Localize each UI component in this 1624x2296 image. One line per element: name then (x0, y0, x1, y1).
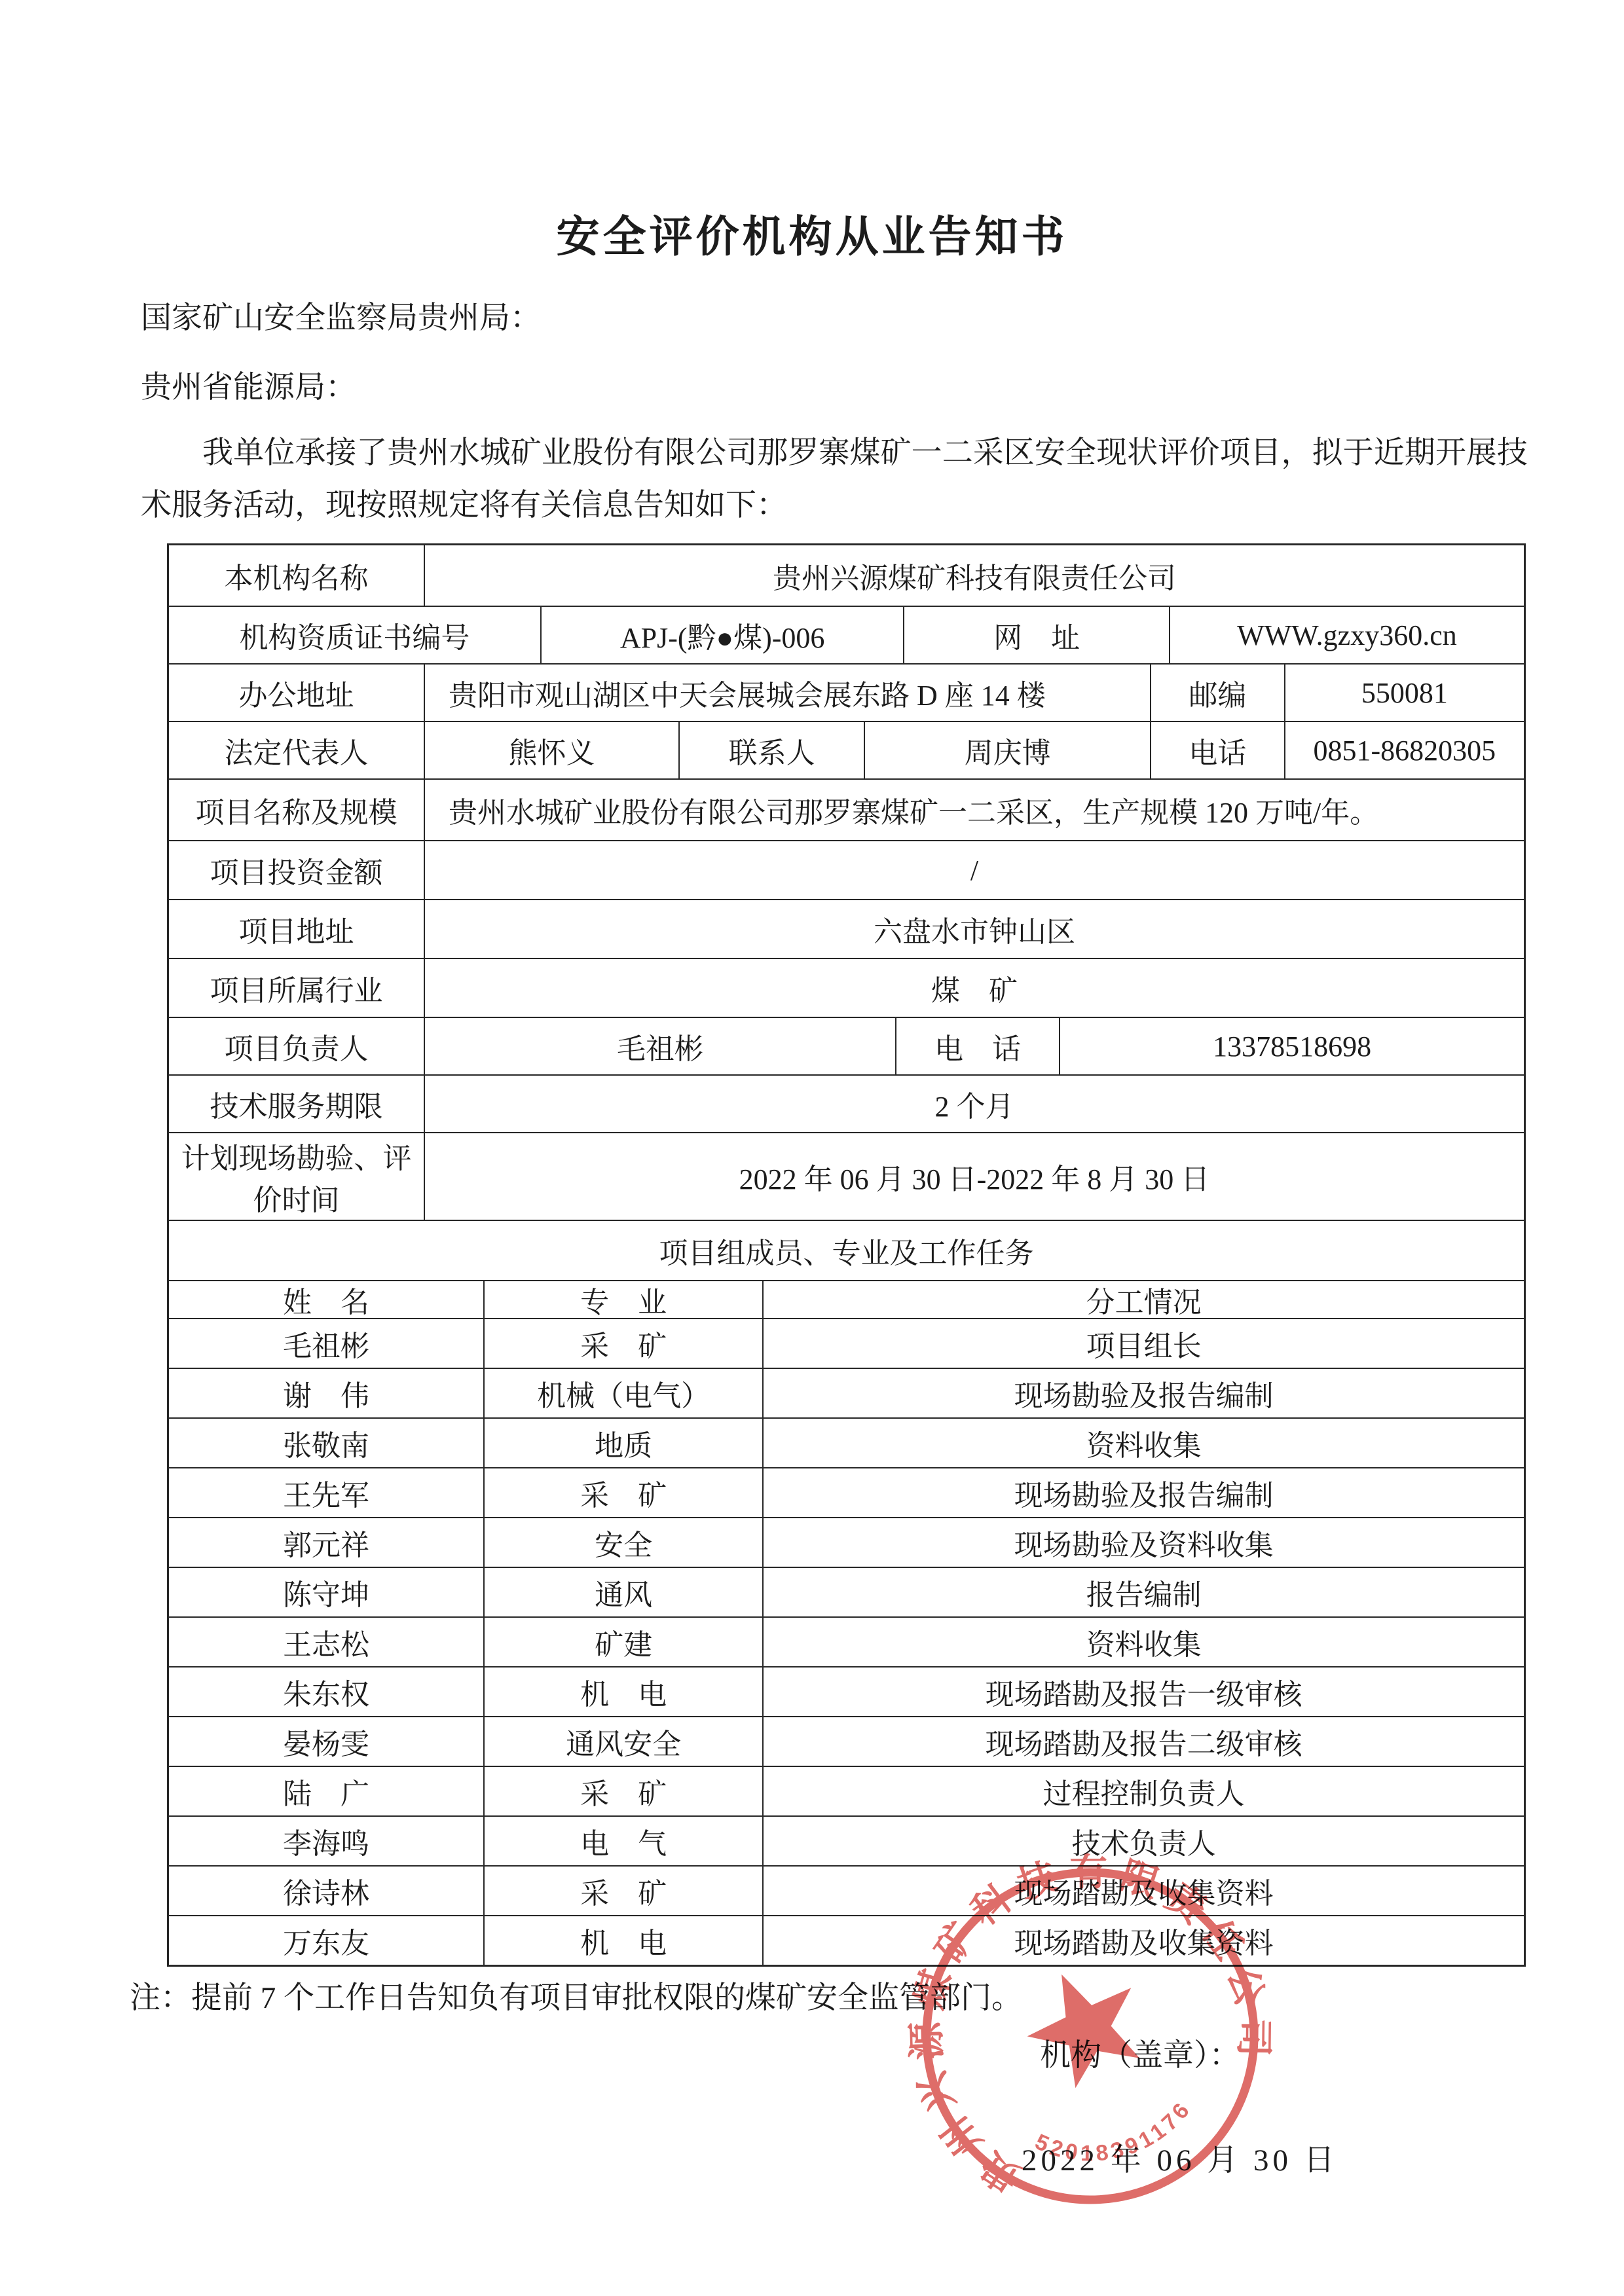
office-address-value: 贵阳市观山湖区中天会展城会展东路 D 座 14 楼 (424, 665, 1150, 721)
member-major: 地质 (483, 1419, 762, 1467)
member-name: 李海鸣 (169, 1817, 483, 1865)
member-duty: 现场勘验及报告编制 (762, 1369, 1524, 1417)
member-major: 采 矿 (483, 1468, 762, 1517)
company-seal-stamp-icon: 贵州兴源煤矿科技有限责任公司 52018391176 (907, 1853, 1274, 2219)
service-term-value: 2 个月 (424, 1076, 1524, 1132)
table-row: 计划现场勘验、评价时间 2022 年 06 月 30 日-2022 年 8 月 … (169, 1132, 1524, 1220)
project-address-value: 六盘水市钟山区 (424, 900, 1524, 958)
pm-label: 项目负责人 (169, 1018, 424, 1074)
member-row: 王志松 矿建 资料收集 (169, 1616, 1524, 1666)
member-duty: 过程控制负责人 (762, 1767, 1524, 1815)
schedule-value: 2022 年 06 月 30 日-2022 年 8 月 30 日 (424, 1133, 1524, 1220)
member-major: 机 电 (483, 1916, 762, 1965)
member-major: 电 气 (483, 1817, 762, 1865)
investment-value: / (424, 841, 1524, 899)
member-major: 安全 (483, 1518, 762, 1567)
member-duty: 资料收集 (762, 1618, 1524, 1666)
member-major: 矿建 (483, 1618, 762, 1666)
table-row: 项目所属行业 煤 矿 (169, 958, 1524, 1017)
agency-name-value: 贵州兴源煤矿科技有限责任公司 (424, 545, 1524, 606)
member-row: 毛祖彬 采 矿 项目组长 (169, 1318, 1524, 1368)
document-page: 安全评价机构从业告知书 国家矿山安全监察局贵州局： 贵州省能源局： 我单位承接了… (0, 0, 1624, 2296)
phone-value: 0851-86820305 (1284, 722, 1524, 778)
contact-label: 联系人 (678, 722, 864, 778)
website-value: WWW.gzxy360.cn (1169, 607, 1524, 663)
table-row: 技术服务期限 2 个月 (169, 1074, 1524, 1132)
member-name: 谢 伟 (169, 1369, 483, 1417)
col-header-major: 专 业 (483, 1281, 762, 1318)
member-row: 谢 伟 机械（电气） 现场勘验及报告编制 (169, 1368, 1524, 1417)
member-name: 郭元祥 (169, 1518, 483, 1567)
table-row: 法定代表人 熊怀义 联系人 周庆博 电话 0851-86820305 (169, 721, 1524, 778)
zip-label: 邮编 (1150, 665, 1284, 721)
table-row: 本机构名称 贵州兴源煤矿科技有限责任公司 (169, 545, 1524, 606)
col-header-name: 姓 名 (169, 1281, 483, 1318)
member-duty: 报告编制 (762, 1568, 1524, 1616)
member-duty: 项目组长 (762, 1319, 1524, 1368)
addressee-line-1: 国家矿山安全监察局贵州局： (141, 293, 541, 337)
member-duty: 现场勘验及报告编制 (762, 1468, 1524, 1517)
addressee-line-2: 贵州省能源局： (141, 363, 356, 407)
member-row: 郭元祥 安全 现场勘验及资料收集 (169, 1517, 1524, 1567)
member-name: 晏杨雯 (169, 1717, 483, 1766)
member-name: 毛祖彬 (169, 1319, 483, 1368)
contact-value: 周庆博 (864, 722, 1150, 778)
member-row: 张敬南 地质 资料收集 (169, 1417, 1524, 1467)
member-row: 晏杨雯 通风安全 现场踏勘及报告二级审核 (169, 1716, 1524, 1766)
table-row: 项目地址 六盘水市钟山区 (169, 899, 1524, 958)
member-row: 朱东权 机 电 现场踏勘及报告一级审核 (169, 1666, 1524, 1716)
member-major: 采 矿 (483, 1319, 762, 1368)
member-major: 机械（电气） (483, 1369, 762, 1417)
member-row: 陈守坤 通风 报告编制 (169, 1567, 1524, 1616)
industry-value: 煤 矿 (424, 959, 1524, 1017)
cert-value: APJ-(黔●煤)-006 (540, 607, 903, 663)
team-columns-header-row: 姓 名 专 业 分工情况 (169, 1280, 1524, 1318)
doc-title: 安全评价机构从业告知书 (0, 202, 1624, 264)
agency-name-label: 本机构名称 (169, 545, 424, 606)
footnote: 注：提前 7 个工作日告知负有项目审批权限的煤矿安全监管部门。 (130, 1973, 1022, 2017)
legal-rep-label: 法定代表人 (169, 722, 424, 778)
member-duty: 现场踏勘及报告一级审核 (762, 1667, 1524, 1716)
project-name-label: 项目名称及规模 (169, 780, 424, 840)
col-header-duty: 分工情况 (762, 1281, 1524, 1318)
member-name: 王志松 (169, 1618, 483, 1666)
member-duty: 现场踏勘及报告二级审核 (762, 1717, 1524, 1766)
project-address-label: 项目地址 (169, 900, 424, 958)
table-row: 项目名称及规模 贵州水城矿业股份有限公司那罗寨煤矿一二采区，生产规模 120 万… (169, 778, 1524, 840)
table-row: 项目负责人 毛祖彬 电 话 13378518698 (169, 1017, 1524, 1074)
phone-label: 电话 (1150, 722, 1284, 778)
member-row: 徐诗林 采 矿 现场踏勘及收集资料 (169, 1865, 1524, 1915)
member-major: 通风 (483, 1568, 762, 1616)
member-name: 陆 广 (169, 1767, 483, 1815)
website-label: 网 址 (903, 607, 1169, 663)
member-major: 采 矿 (483, 1767, 762, 1815)
industry-label: 项目所属行业 (169, 959, 424, 1017)
project-name-value: 贵州水城矿业股份有限公司那罗寨煤矿一二采区，生产规模 120 万吨/年。 (424, 780, 1524, 840)
notification-table: 本机构名称 贵州兴源煤矿科技有限责任公司 机构资质证书编号 APJ-(黔●煤)-… (167, 543, 1526, 1967)
service-term-label: 技术服务期限 (169, 1076, 424, 1132)
pm-phone-label: 电 话 (895, 1018, 1059, 1074)
member-row: 李海鸣 电 气 技术负责人 (169, 1815, 1524, 1865)
table-row: 项目投资金额 / (169, 840, 1524, 899)
member-name: 张敬南 (169, 1419, 483, 1467)
legal-rep-value: 熊怀义 (424, 722, 678, 778)
intro-paragraph: 我单位承接了贵州水城矿业股份有限公司那罗寨煤矿一二采区安全现状评价项目，拟于近期… (141, 427, 1528, 532)
pm-phone-value: 13378518698 (1059, 1018, 1524, 1074)
table-row: 办公地址 贵阳市观山湖区中天会展城会展东路 D 座 14 楼 邮编 550081 (169, 663, 1524, 721)
office-label: 办公地址 (169, 665, 424, 721)
member-duty: 资料收集 (762, 1419, 1524, 1467)
member-major: 采 矿 (483, 1867, 762, 1915)
member-duty: 现场勘验及资料收集 (762, 1518, 1524, 1567)
schedule-label: 计划现场勘验、评价时间 (169, 1133, 424, 1220)
member-row: 陆 广 采 矿 过程控制负责人 (169, 1766, 1524, 1815)
member-row: 王先军 采 矿 现场勘验及报告编制 (169, 1467, 1524, 1517)
member-major: 机 电 (483, 1667, 762, 1716)
member-name: 陈守坤 (169, 1568, 483, 1616)
pm-name-value: 毛祖彬 (424, 1018, 895, 1074)
team-section-header-row: 项目组成员、专业及工作任务 (169, 1220, 1524, 1280)
cert-label: 机构资质证书编号 (169, 607, 540, 663)
member-name: 王先军 (169, 1468, 483, 1517)
zip-value: 550081 (1284, 665, 1524, 721)
seal-star-icon (1010, 1950, 1160, 2098)
member-row: 万东友 机 电 现场踏勘及收集资料 (169, 1915, 1524, 1965)
investment-label: 项目投资金额 (169, 841, 424, 899)
member-name: 万东友 (169, 1916, 483, 1965)
member-name: 徐诗林 (169, 1867, 483, 1915)
team-section-title: 项目组成员、专业及工作任务 (169, 1221, 1524, 1280)
member-name: 朱东权 (169, 1667, 483, 1716)
member-major: 通风安全 (483, 1717, 762, 1766)
table-row: 机构资质证书编号 APJ-(黔●煤)-006 网 址 WWW.gzxy360.c… (169, 606, 1524, 663)
